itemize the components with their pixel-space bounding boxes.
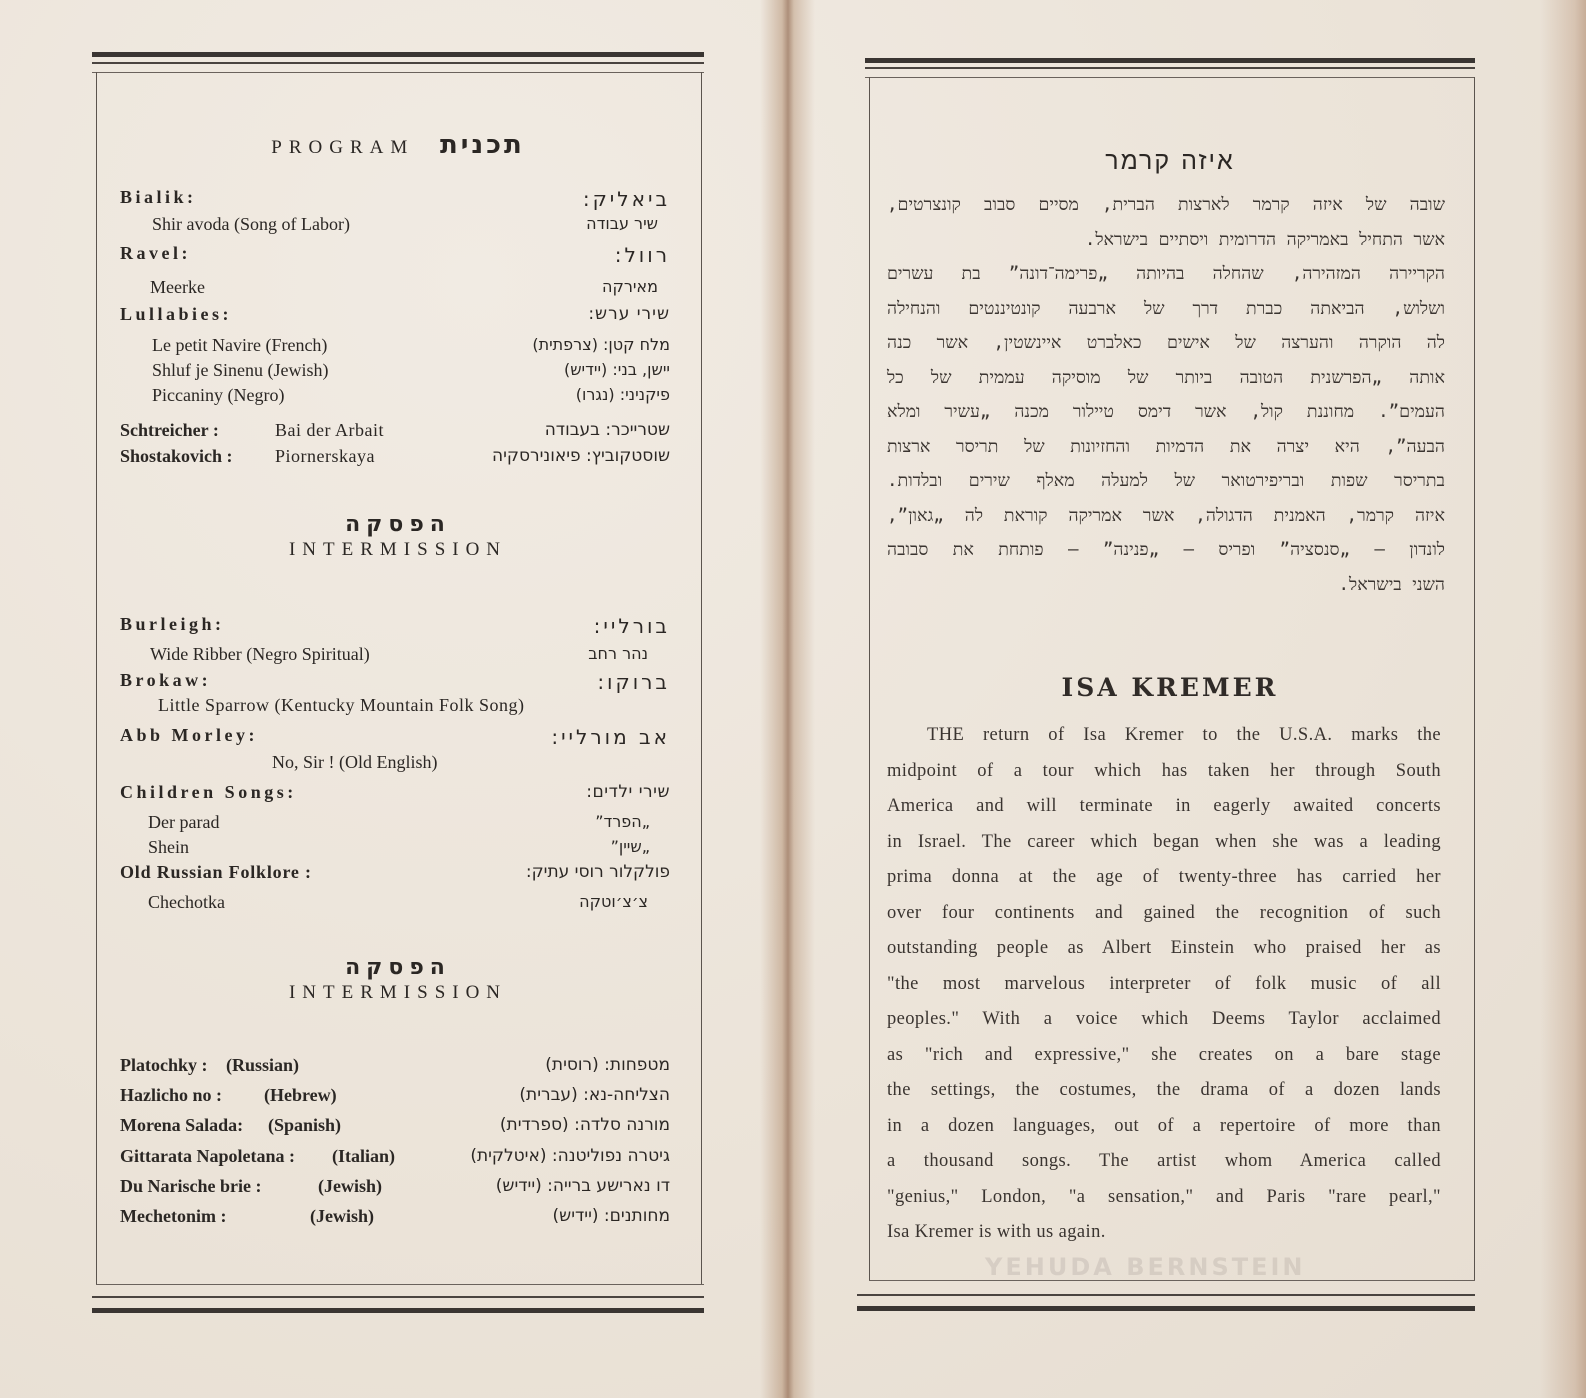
bleed-through-text: YEHUDA BERNSTEIN: [985, 1253, 1306, 1281]
program-row: Du Narische brie : (Jewish) דו נארישע בר…: [120, 1176, 670, 1202]
program-row: Little Sparrow (Kentucky Mountain Folk S…: [120, 695, 670, 721]
bottom-rule-thick: [92, 1308, 704, 1313]
program-row: Old Russian Folklore : פולקלור רוסי עתיק…: [120, 862, 670, 888]
program-row: Chechotka צ׳צ׳וטקה: [120, 892, 670, 918]
program-row: Bialik: ביאליק:: [120, 187, 670, 213]
program-row: Meerke מאירקה: [120, 277, 670, 303]
program-page: PROGRAM תכנית Bialik: ביאליק: Shir avoda…: [92, 52, 704, 1328]
program-row: Wide Ribber (Negro Spiritual) נהר רחב: [120, 644, 670, 670]
program-title: PROGRAM תכנית: [92, 130, 704, 160]
program-row: Platochky : (Russian) מטפחות: (רוסית): [120, 1055, 670, 1081]
program-row: Lullabies: שירי ערש:: [120, 304, 670, 330]
bottom-rule-thin: [857, 1294, 1475, 1296]
top-rule-thin: [92, 62, 704, 64]
biography-title-he: איזה קרמר: [865, 146, 1475, 176]
program-row: Morena Salada: (Spanish) מורנה סלדה: (ספ…: [120, 1115, 670, 1141]
program-row: No, Sir ! (Old English): [120, 752, 670, 778]
program-row: Mechetonim : (Jewish) מחותנים: (יידיש): [120, 1206, 670, 1232]
intermission-2: הפסקה INTERMISSION: [92, 955, 704, 1004]
program-title-he: תכנית: [440, 130, 525, 160]
biography-title-en: ISA KREMER: [865, 673, 1475, 702]
program-row: Abb Morley: אב מורליי:: [120, 725, 670, 751]
program-row: Der parad „הפרד”: [120, 812, 670, 838]
program-row: Brokaw: ברוקו:: [120, 670, 670, 696]
intermission-1: הפסקה INTERMISSION: [92, 512, 704, 561]
program-row: Le petit Navire (French) מלח קטן: (צרפתי…: [120, 335, 670, 361]
program-row: Shostakovich : Piornerskaya שוסטקוביץ: פ…: [120, 446, 670, 472]
program-row: Hazlicho no : (Hebrew) הצליחה-נא: (עברית…: [120, 1085, 670, 1111]
bottom-rule-thin: [92, 1296, 704, 1298]
biography-page: YEHUDA BERNSTEIN איזה קרמר שובה של איזה …: [865, 58, 1475, 1330]
biography-paragraph-he: שובה של איזה קרמר לארצות הברית, מסיים סב…: [887, 188, 1445, 602]
program-title-en: PROGRAM: [271, 137, 414, 158]
program-row: Ravel: רוול:: [120, 243, 670, 269]
program-row: Piccaniny (Negro) פיקניני: (נגרו): [120, 385, 670, 411]
bottom-rule-thick: [857, 1306, 1475, 1311]
program-row: Gittarata Napoletana : (Italian) גיטרה נ…: [120, 1146, 670, 1172]
bottom-rule-hair: [96, 1284, 704, 1285]
program-row: Burleigh: בורליי:: [120, 614, 670, 640]
program-row: Schtreicher : Bai der Arbait שטרייכר: בע…: [120, 420, 670, 446]
top-rule-thick: [865, 58, 1475, 63]
top-rule-thick: [92, 52, 704, 57]
top-rule-thin: [865, 67, 1475, 69]
program-row: Shir avoda (Song of Labor) שיר עבודה: [120, 214, 670, 240]
program-row: Shluf je Sinenu (Jewish) יישן, בני: (ייד…: [120, 360, 670, 386]
program-row: Shein „שיין”: [120, 837, 670, 863]
biography-paragraph-en: THE return of Isa Kremer to the U.S.A. m…: [887, 718, 1441, 1251]
program-row: Children Songs: שירי ילדים:: [120, 782, 670, 808]
